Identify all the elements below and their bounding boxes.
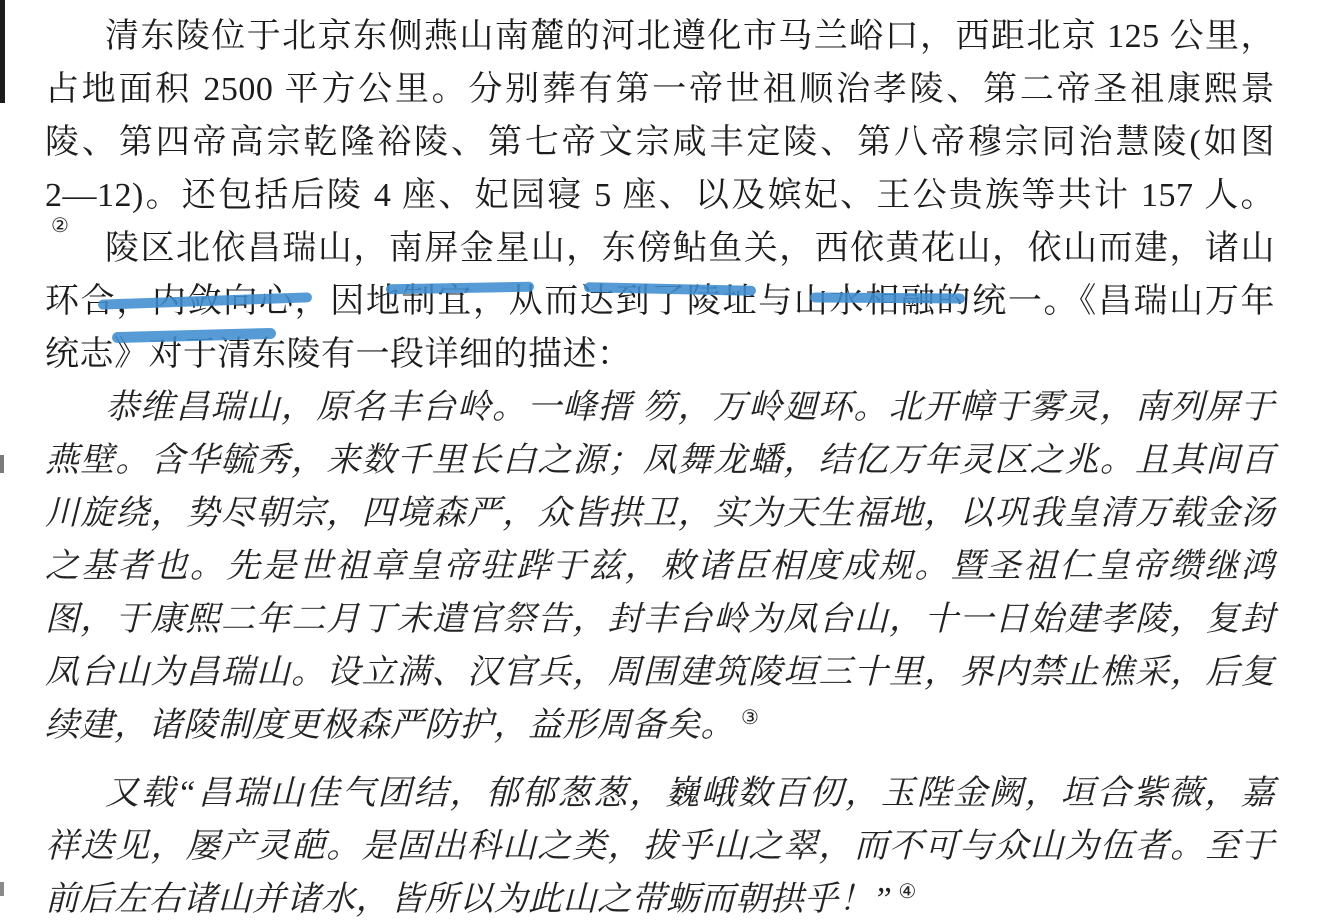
text-line: 图，于康熙二年二月丁未遣官祭告，封丰台岭为凤台山，十一日始建孝陵，复封 — [45, 593, 1275, 646]
paragraph-quote-second: 又载“昌瑞山佳气团结，郁郁葱葱，巍峨数百仞，玉陛金阙，垣合紫薇，嘉祥迭见，屡产灵… — [45, 767, 1275, 921]
text-line: 燕壁。含华毓秀，来数千里长白之源；凤舞龙蟠，结亿万年灵区之兆。且其间百 — [45, 434, 1275, 487]
text-line: 又载“昌瑞山佳气团结，郁郁葱葱，巍峨数百仞，玉陛金阙，垣合紫薇，嘉 — [45, 767, 1275, 820]
text-line: 恭维昌瑞山，原名丰台岭。一峰搢 笏，万岭廻环。北开幛于雾灵，南列屏于 — [45, 381, 1275, 434]
text-line: ②陵区北依昌瑞山，南屏金星山，东傍鲇鱼关，西依黄花山，依山而建，诸山 — [45, 222, 1275, 275]
text-column: 清东陵位于北京东侧燕山南麓的河北遵化市马兰峪口，西距北京 125 公里，占地面积… — [45, 10, 1275, 921]
scan-artifact — [0, 0, 5, 103]
text-line: 续建，诸陵制度更极森严防护，益形周备矣。③ — [45, 699, 1275, 752]
scan-artifact — [0, 455, 4, 473]
line-text: 前后左右诸山并诸水，皆所以为此山之带蛎而朝拱乎！” — [45, 881, 892, 918]
text-line: 清东陵位于北京东侧燕山南麓的河北遵化市马兰峪口，西距北京 125 公里， — [45, 10, 1275, 63]
line-text: 又载“昌瑞山佳气团结，郁郁葱葱，巍峨数百仞，玉陛金阙，垣合紫薇，嘉 — [105, 775, 1275, 812]
line-text: 续建，诸陵制度更极森严防护，益形周备矣。 — [45, 707, 735, 744]
text-line: 统志》对于清东陵有一段详细的描述： — [45, 328, 1275, 381]
text-line: 2—12)。还包括后陵 4 座、妃园寝 5 座、以及嫔妃、王公贵族等共计 157… — [45, 169, 1275, 222]
line-text: 陵、第四帝高宗乾隆裕陵、第七帝文宗咸丰定陵、第八帝穆宗同治慧陵(如图 — [45, 124, 1275, 161]
line-text: 川旋绕，势尽朝宗，四境森严，众皆拱卫，实为天生福地，以巩我皇清万载金汤 — [45, 495, 1275, 532]
line-text: 图，于康熙二年二月丁未遣官祭告，封丰台岭为凤台山，十一日始建孝陵，复封 — [45, 601, 1275, 638]
line-text: 燕壁。含华毓秀，来数千里长白之源；凤舞龙蟠，结亿万年灵区之兆。且其间百 — [45, 442, 1275, 479]
text-line: 凤台山为昌瑞山。设立满、汉官兵，周围建筑陵垣三十里，界内禁止樵采，后复 — [45, 646, 1275, 699]
scan-artifact — [0, 882, 4, 896]
line-text: 祥迭见，屡产灵葩。是固出科山之类，拔乎山之翠，而不可与众山为伍者。至于 — [45, 828, 1275, 865]
paragraph-quote-gazetteer: 恭维昌瑞山，原名丰台岭。一峰搢 笏，万岭廻环。北开幛于雾灵，南列屏于燕壁。含华毓… — [45, 381, 1275, 752]
footnote-ref: ② — [51, 216, 69, 236]
paragraph-intro: 清东陵位于北京东侧燕山南麓的河北遵化市马兰峪口，西距北京 125 公里，占地面积… — [45, 10, 1275, 381]
text-line: 占地面积 2500 平方公里。分别葬有第一帝世祖顺治孝陵、第二帝圣祖康熙景 — [45, 63, 1275, 116]
text-line: 川旋绕，势尽朝宗，四境森严，众皆拱卫，实为天生福地，以巩我皇清万载金汤 — [45, 487, 1275, 540]
line-text: 陵区北依昌瑞山，南屏金星山，东傍鲇鱼关，西依黄花山，依山而建，诸山 — [105, 230, 1275, 267]
line-text: 环合，内敛向心，因地制宜，从而达到了陵址与山水相融的统一。《昌瑞山万年 — [45, 283, 1275, 320]
line-text: 凤台山为昌瑞山。设立满、汉官兵，周围建筑陵垣三十里，界内禁止樵采，后复 — [45, 654, 1275, 691]
line-text: 恭维昌瑞山，原名丰台岭。一峰搢 笏，万岭廻环。北开幛于雾灵，南列屏于 — [105, 389, 1275, 426]
line-text: 统志》对于清东陵有一段详细的描述： — [45, 336, 632, 373]
line-text: 之基者也。先是世祖章皇帝驻跸于兹，敕诸臣相度成规。暨圣祖仁皇帝缵继鸿 — [45, 548, 1275, 585]
document-page: 清东陵位于北京东侧燕山南麓的河北遵化市马兰峪口，西距北京 125 公里，占地面积… — [0, 0, 1320, 921]
text-line: 之基者也。先是世祖章皇帝驻跸于兹，敕诸臣相度成规。暨圣祖仁皇帝缵继鸿 — [45, 540, 1275, 593]
text-line: 前后左右诸山并诸水，皆所以为此山之带蛎而朝拱乎！”④ — [45, 873, 1275, 921]
footnote-ref: ③ — [741, 707, 759, 729]
text-line: 祥迭见，屡产灵葩。是固出科山之类，拔乎山之翠，而不可与众山为伍者。至于 — [45, 820, 1275, 873]
line-text: 清东陵位于北京东侧燕山南麓的河北遵化市马兰峪口，西距北京 125 公里， — [105, 18, 1275, 55]
text-line: 陵、第四帝高宗乾隆裕陵、第七帝文宗咸丰定陵、第八帝穆宗同治慧陵(如图 — [45, 116, 1275, 169]
text-line: 环合，内敛向心，因地制宜，从而达到了陵址与山水相融的统一。《昌瑞山万年 — [45, 275, 1275, 328]
line-text: 占地面积 2500 平方公里。分别葬有第一帝世祖顺治孝陵、第二帝圣祖康熙景 — [45, 71, 1275, 108]
footnote-ref: ④ — [898, 881, 916, 903]
line-text: 2—12)。还包括后陵 4 座、妃园寝 5 座、以及嫔妃、王公贵族等共计 157… — [45, 177, 1275, 214]
